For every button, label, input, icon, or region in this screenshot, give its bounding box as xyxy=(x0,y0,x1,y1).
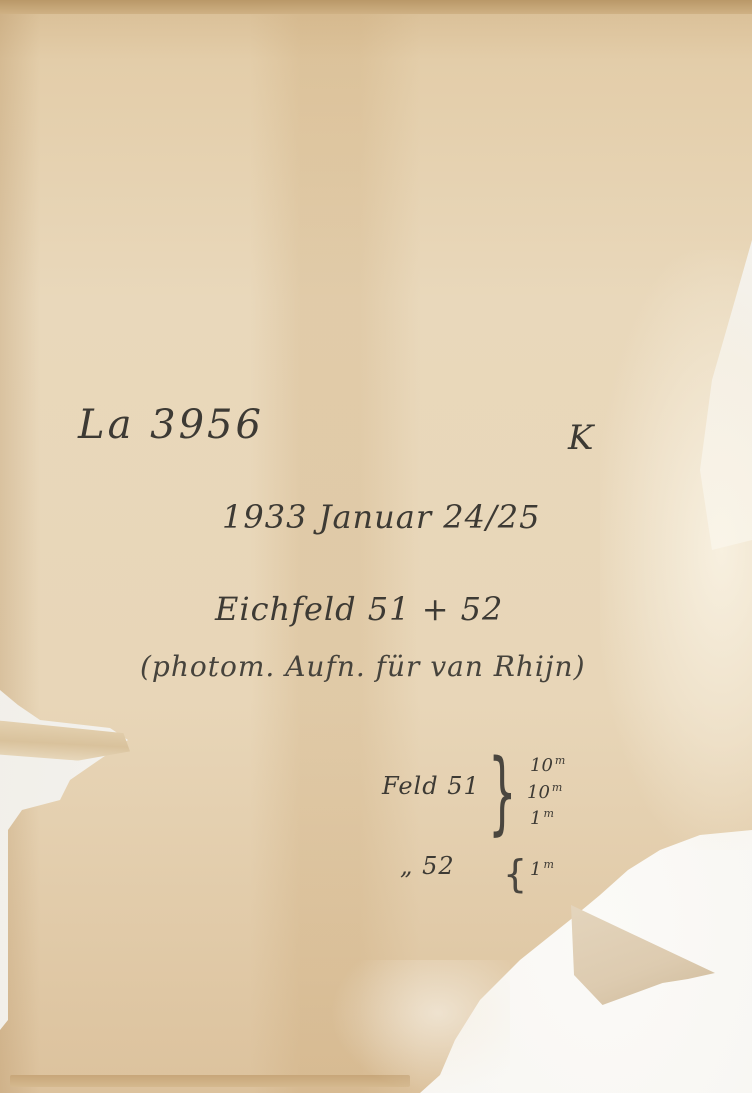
brace-52: { xyxy=(503,852,528,896)
corner-mark: K xyxy=(568,418,594,458)
call-number: La 3956 xyxy=(78,402,264,448)
brace-51: } xyxy=(488,748,517,838)
field-51-label: Feld 51 xyxy=(382,772,480,800)
field-52-label: „ 52 xyxy=(400,852,455,880)
subject-line: Eichfeld 51 + 52 xyxy=(215,590,503,628)
exposure-value: 1m xyxy=(530,807,554,829)
faded-area xyxy=(330,960,510,1093)
observation-date: 1933 Januar 24/25 xyxy=(222,498,541,536)
exposure-value: 1m xyxy=(530,858,554,880)
exposure-value: 10m xyxy=(530,754,565,776)
purpose-note: (photom. Aufn. für van Rhijn) xyxy=(140,650,586,683)
envelope-top-fold xyxy=(0,0,752,14)
exposure-value: 10m xyxy=(527,781,562,803)
